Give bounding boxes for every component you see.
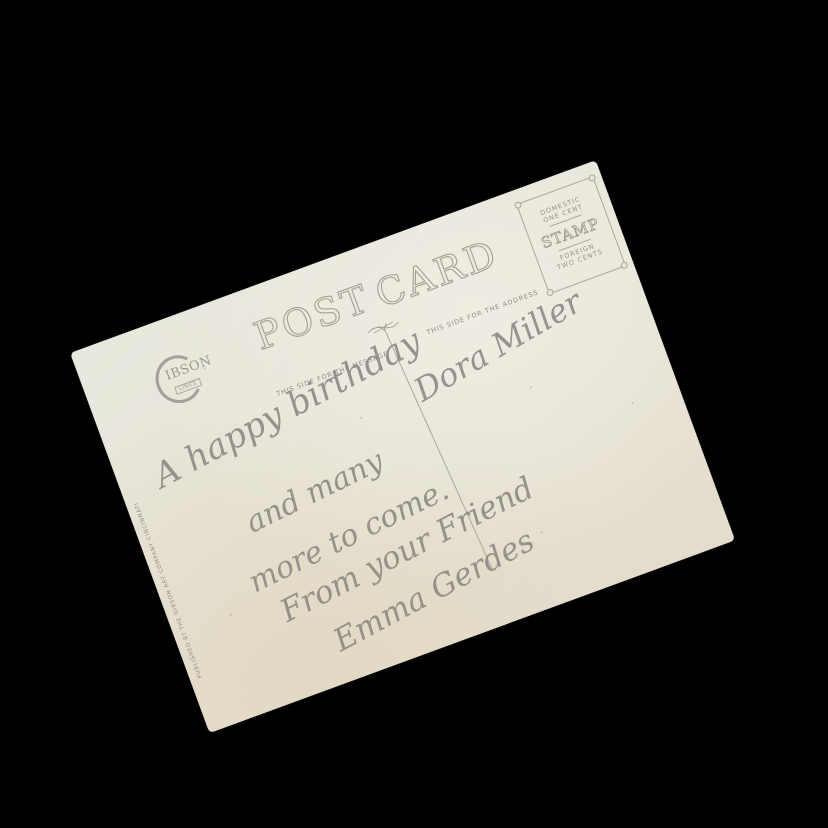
paper-speck <box>540 531 543 534</box>
stamp-corner-ornament-icon <box>513 201 522 210</box>
paper-speck <box>360 416 363 419</box>
photo-scene: IBSON LINES POST CARD THIS SIDE FOR THE … <box>0 0 828 828</box>
publisher-imprint: PUBLISHED BY THE GIBSON ART COMPANY CINC… <box>134 501 204 679</box>
paper-speck <box>530 386 533 389</box>
paper-speck <box>631 402 634 405</box>
paper-speck <box>230 613 233 616</box>
title-post: POST <box>249 276 377 359</box>
stamp-corner-ornament-icon <box>588 173 597 182</box>
stamp-box: DOMESTIC ONE CENT STAMP FOREIGN TWO CENT… <box>516 176 626 294</box>
title-card: CARD <box>369 231 504 316</box>
gibson-logo: IBSON LINES <box>149 345 221 414</box>
postcard: IBSON LINES POST CARD THIS SIDE FOR THE … <box>70 160 735 733</box>
stamp-corner-ornament-icon <box>620 261 629 270</box>
